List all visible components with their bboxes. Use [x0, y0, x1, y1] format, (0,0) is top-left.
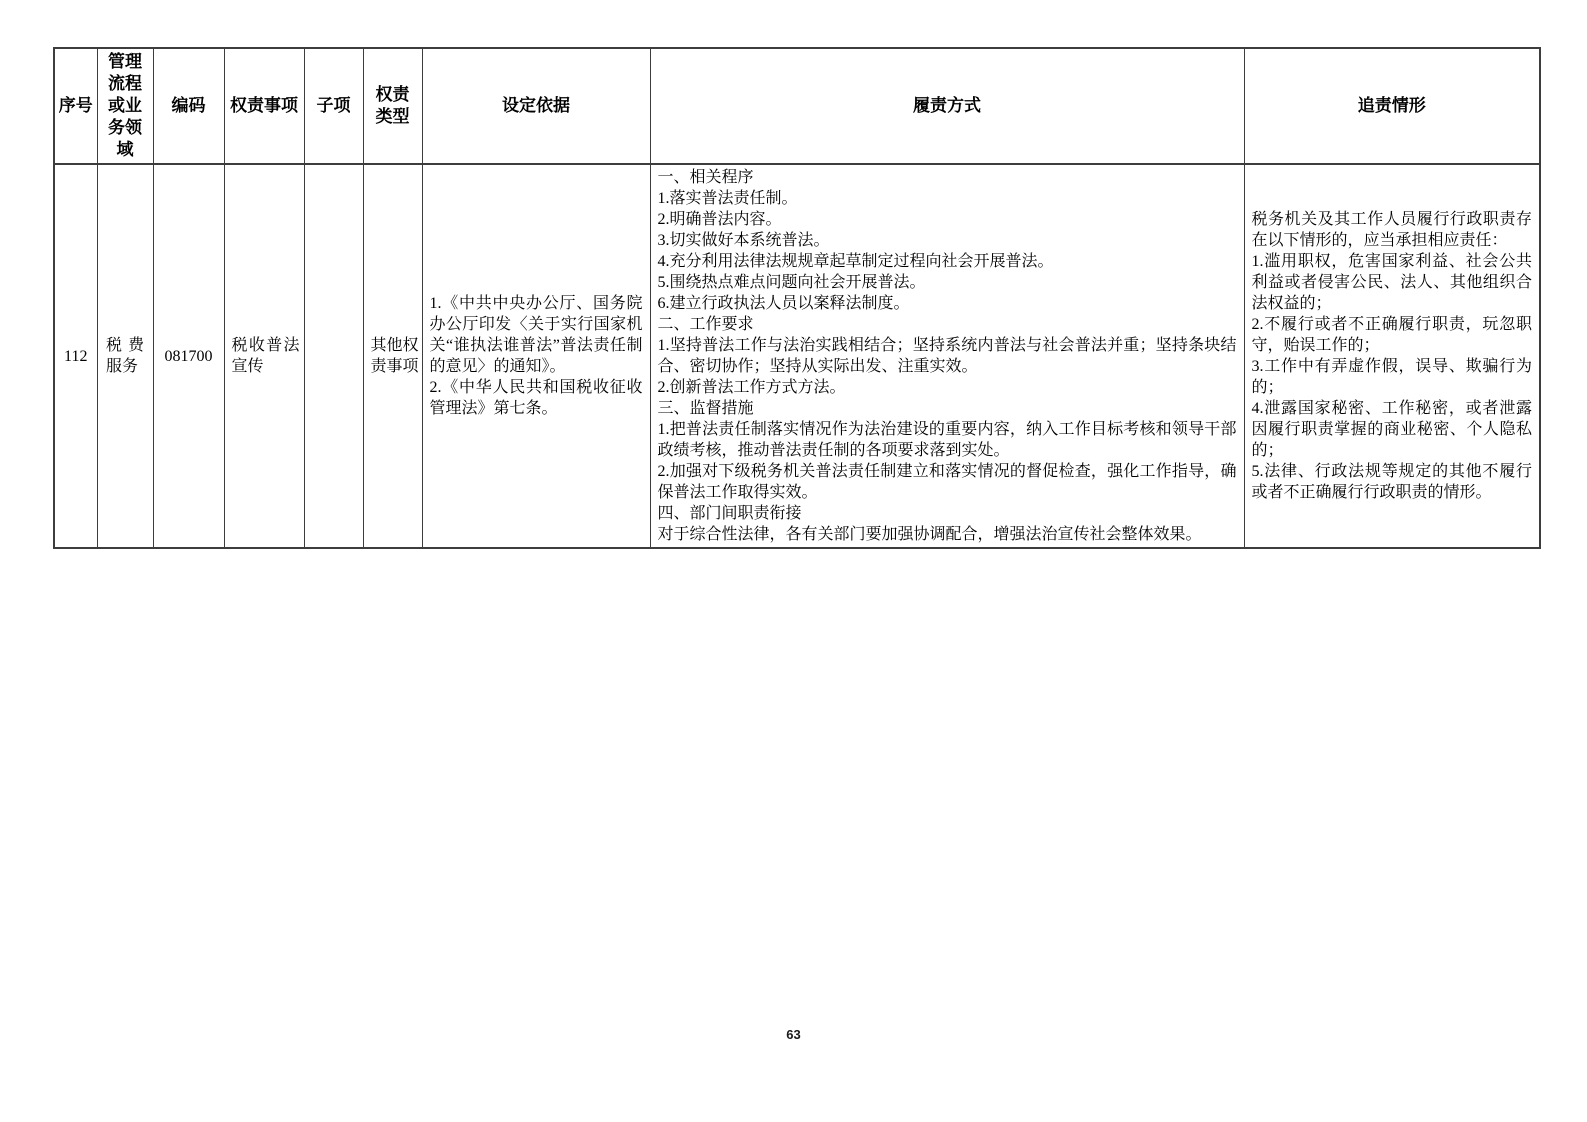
col-header-serial: 序号	[54, 48, 97, 164]
table-row: 112 税费服务 081700 税收普法宣传 其他权责事项 1	[54, 164, 1540, 548]
col-header-type: 权责类型	[363, 48, 422, 164]
col-header-serial-label: 序号	[57, 95, 95, 117]
business-area-value: 税费服务	[106, 335, 144, 377]
col-header-matter: 权责事项	[224, 48, 304, 164]
accountability-text: 税务机关及其工作人员履行行政职责存在以下情形的，应当承担相应责任： 1.滥用职权…	[1252, 209, 1533, 503]
serial-value: 112	[62, 346, 90, 367]
col-header-performance-method-label: 履责方式	[653, 95, 1242, 117]
col-header-legal-basis: 设定依据	[422, 48, 650, 164]
col-header-business-area: 管理流程或业务领域	[97, 48, 153, 164]
code-value: 081700	[161, 346, 217, 367]
col-header-matter-label: 权责事项	[227, 95, 302, 117]
cell-legal-basis: 1.《中共中央办公厅、国务院办公厅印发〈关于实行国家机关“谁执法谁普法”普法责任…	[422, 164, 650, 548]
responsibility-table: 序号 管理流程或业务领域 编码 权责事项 子项 权责类型 设定依	[53, 47, 1541, 549]
matter-value: 税收普法宣传	[232, 335, 300, 377]
cell-business-area: 税费服务	[97, 164, 153, 548]
cell-type: 其他权责事项	[363, 164, 422, 548]
col-header-code: 编码	[153, 48, 224, 164]
col-header-sub-item-label: 子项	[307, 95, 361, 117]
cell-serial: 112	[54, 164, 97, 548]
col-header-accountability-label: 追责情形	[1247, 95, 1538, 117]
table-header-row: 序号 管理流程或业务领域 编码 权责事项 子项 权责类型 设定依	[54, 48, 1540, 164]
cell-sub-item	[304, 164, 363, 548]
cell-performance-method: 一、相关程序 1.落实普法责任制。 2.明确普法内容。 3.切实做好本系统普法。…	[650, 164, 1244, 548]
page-number: 63	[0, 1027, 1587, 1042]
legal-basis-text: 1.《中共中央办公厅、国务院办公厅印发〈关于实行国家机关“谁执法谁普法”普法责任…	[430, 293, 643, 419]
performance-method-text: 一、相关程序 1.落实普法责任制。 2.明确普法内容。 3.切实做好本系统普法。…	[658, 167, 1237, 545]
cell-code: 081700	[153, 164, 224, 548]
document-page: 序号 管理流程或业务领域 编码 权责事项 子项 权责类型 设定依	[0, 0, 1587, 1122]
col-header-performance-method: 履责方式	[650, 48, 1244, 164]
type-value: 其他权责事项	[371, 335, 419, 377]
col-header-sub-item: 子项	[304, 48, 363, 164]
col-header-business-area-label: 管理流程或业务领域	[106, 51, 144, 161]
col-header-accountability: 追责情形	[1244, 48, 1540, 164]
col-header-type-label: 权责类型	[374, 84, 412, 128]
cell-accountability: 税务机关及其工作人员履行行政职责存在以下情形的，应当承担相应责任： 1.滥用职权…	[1244, 164, 1540, 548]
col-header-legal-basis-label: 设定依据	[425, 95, 648, 117]
col-header-code-label: 编码	[156, 95, 222, 117]
cell-matter: 税收普法宣传	[224, 164, 304, 548]
